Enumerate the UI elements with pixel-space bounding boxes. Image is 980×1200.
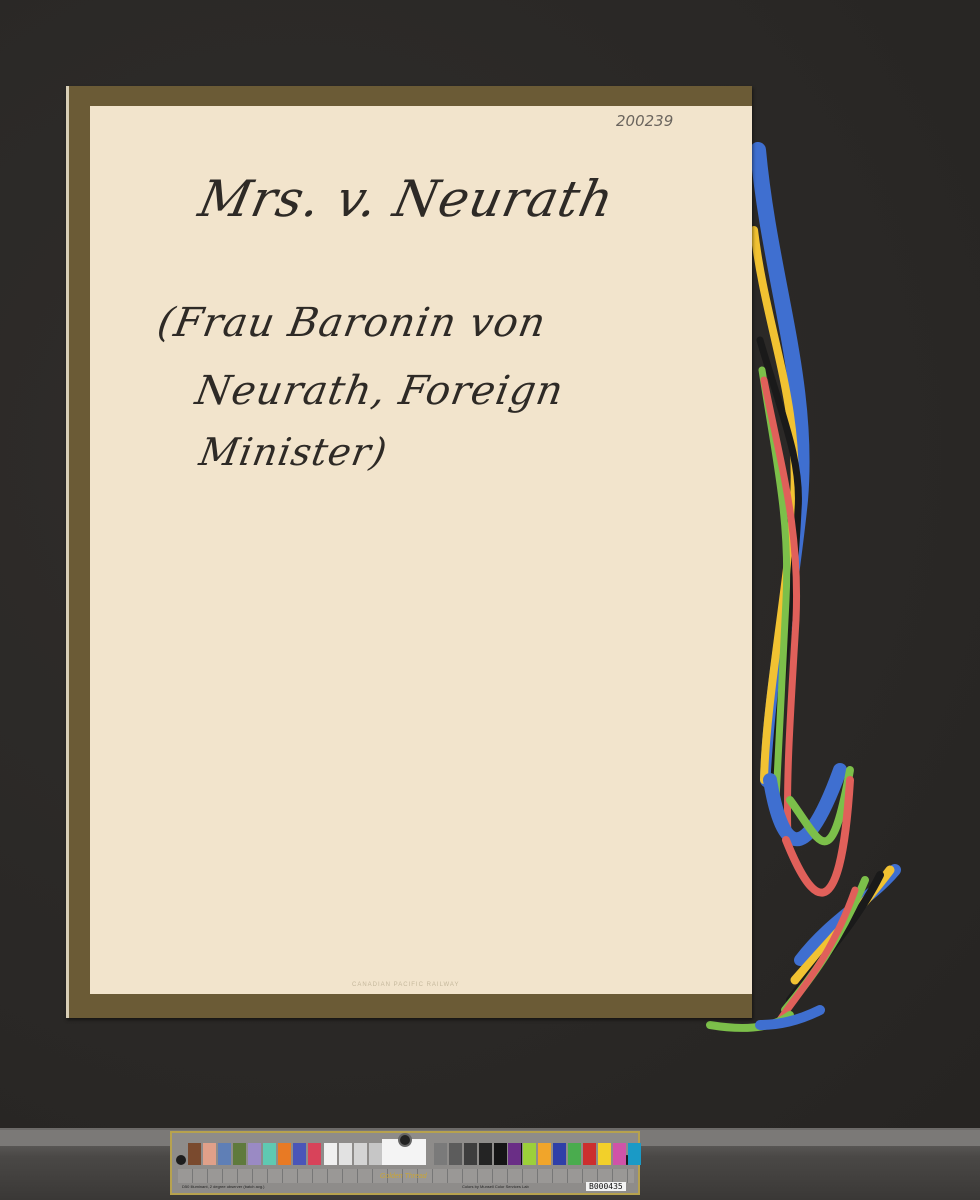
catalog-number: 200239	[616, 112, 673, 130]
color-patches-left	[188, 1143, 323, 1165]
color-patches-right	[508, 1143, 643, 1165]
color-patch	[479, 1143, 492, 1165]
color-patch	[434, 1143, 447, 1165]
color-patch	[538, 1143, 551, 1165]
chart-caption: D50 Illuminant, 2 degree observer (batch…	[182, 1184, 265, 1189]
card-panel	[90, 106, 752, 994]
color-patch	[218, 1143, 231, 1165]
color-patch	[233, 1143, 246, 1165]
chart-credit: Colors by Munsell Color Services Lab	[462, 1184, 529, 1189]
color-patch	[613, 1143, 626, 1165]
color-patch	[598, 1143, 611, 1165]
color-calibration-chart: D50 Illuminant, 2 degree observer (batch…	[170, 1131, 640, 1195]
color-patch	[494, 1143, 507, 1165]
color-patch	[369, 1143, 382, 1165]
target-knob-icon	[398, 1133, 412, 1147]
color-patch	[449, 1143, 462, 1165]
color-patch	[583, 1143, 596, 1165]
color-patch	[464, 1143, 477, 1165]
focus-target	[382, 1139, 426, 1165]
color-patch	[628, 1143, 641, 1165]
handwriting-line-4: Minister)	[196, 430, 391, 474]
color-patch	[278, 1143, 291, 1165]
color-patch	[354, 1143, 367, 1165]
color-patch	[568, 1143, 581, 1165]
handwriting-line-3: Neurath, Foreign	[192, 368, 567, 414]
chart-serial: B000435	[586, 1182, 626, 1191]
mount-hole-icon	[176, 1155, 186, 1165]
handwriting-line-2: (Frau Baronin von	[154, 300, 550, 346]
color-patch	[263, 1143, 276, 1165]
color-patch	[553, 1143, 566, 1165]
color-patch	[324, 1143, 337, 1165]
handwriting-line-1: Mrs. v. Neurath	[194, 170, 620, 228]
color-patch	[203, 1143, 216, 1165]
color-patch	[523, 1143, 536, 1165]
color-patch	[293, 1143, 306, 1165]
chart-brand: Golden Thread	[380, 1173, 427, 1180]
color-patch	[508, 1143, 521, 1165]
color-patch	[188, 1143, 201, 1165]
color-patch	[339, 1143, 352, 1165]
color-patch	[308, 1143, 321, 1165]
card-edge	[66, 86, 69, 1018]
printer-imprint: CANADIAN PACIFIC RAILWAY	[352, 982, 459, 988]
color-patch	[248, 1143, 261, 1165]
